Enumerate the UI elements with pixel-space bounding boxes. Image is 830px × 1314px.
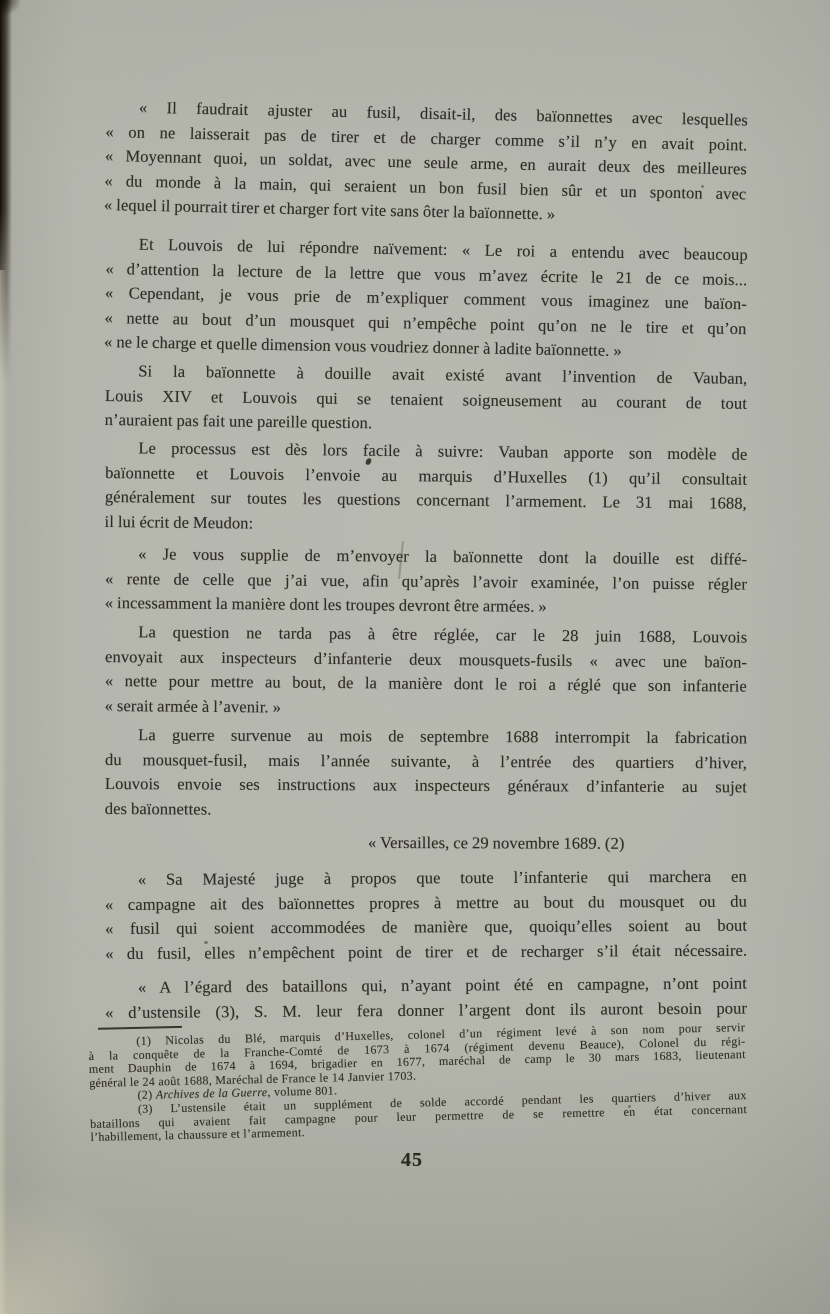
text-line: « Versailles, ce 29 novembre 1689. (2)	[105, 830, 747, 857]
text-line: « fusil qui soient accommodées de manièr…	[105, 913, 747, 941]
paragraph: « Il faudrait ajuster au fusil, disait-i…	[104, 95, 748, 231]
paragraph: « Je vous supplie de m’envoyer la baïonn…	[105, 542, 748, 621]
corner-highlight	[0, 1184, 170, 1314]
paragraph: Si la baïonnette à douille avait existé …	[105, 359, 748, 440]
paragraph: Le processus est dès lors facile à suivr…	[104, 436, 747, 541]
corner-shadow	[0, 0, 20, 16]
page-edge-highlight	[0, 270, 7, 1314]
ink-speck	[204, 941, 208, 944]
ink-speck	[701, 185, 704, 188]
paragraph: Et Louvois de lui répondre naïvement: « …	[104, 232, 748, 366]
text-line: « campagne ait des baïonnettes propres à…	[105, 889, 747, 917]
text-line: La guerre survenue au mois de septembre …	[105, 723, 747, 751]
paragraph: « Sa Majesté juge à propos que toute l’i…	[105, 864, 748, 965]
text-line: « du fusil, elles n’empêchent point de t…	[105, 938, 747, 966]
paragraph: La question ne tarda pas à être réglée, …	[105, 620, 748, 724]
scanned-page: « Il faudrait ajuster au fusil, disait-i…	[0, 0, 830, 1314]
text-line: « Sa Majesté juge à propos que toute l’i…	[105, 864, 747, 892]
ink-speck	[628, 1105, 631, 1108]
text-column: « Il faudrait ajuster au fusil, disait-i…	[105, 95, 747, 1025]
footnotes: (1) Nicolas du Blé, marquis d’Huxelles, …	[88, 1013, 747, 1145]
page-number: 45	[105, 1149, 719, 1172]
paragraph: La guerre survenue au mois de septembre …	[105, 723, 748, 824]
text-line: des baïonnettes.	[105, 796, 747, 824]
text-line: Louvois envoie ses instructions aux insp…	[105, 772, 747, 800]
dateline: « Versailles, ce 29 novembre 1689. (2)	[105, 830, 747, 857]
text-line: « A l’égard des bataillons qui, n’ayant …	[105, 971, 747, 1000]
text-line: du mousquet-fusil, mais l’année suivante…	[105, 748, 747, 776]
footnote-separator	[98, 1026, 182, 1030]
